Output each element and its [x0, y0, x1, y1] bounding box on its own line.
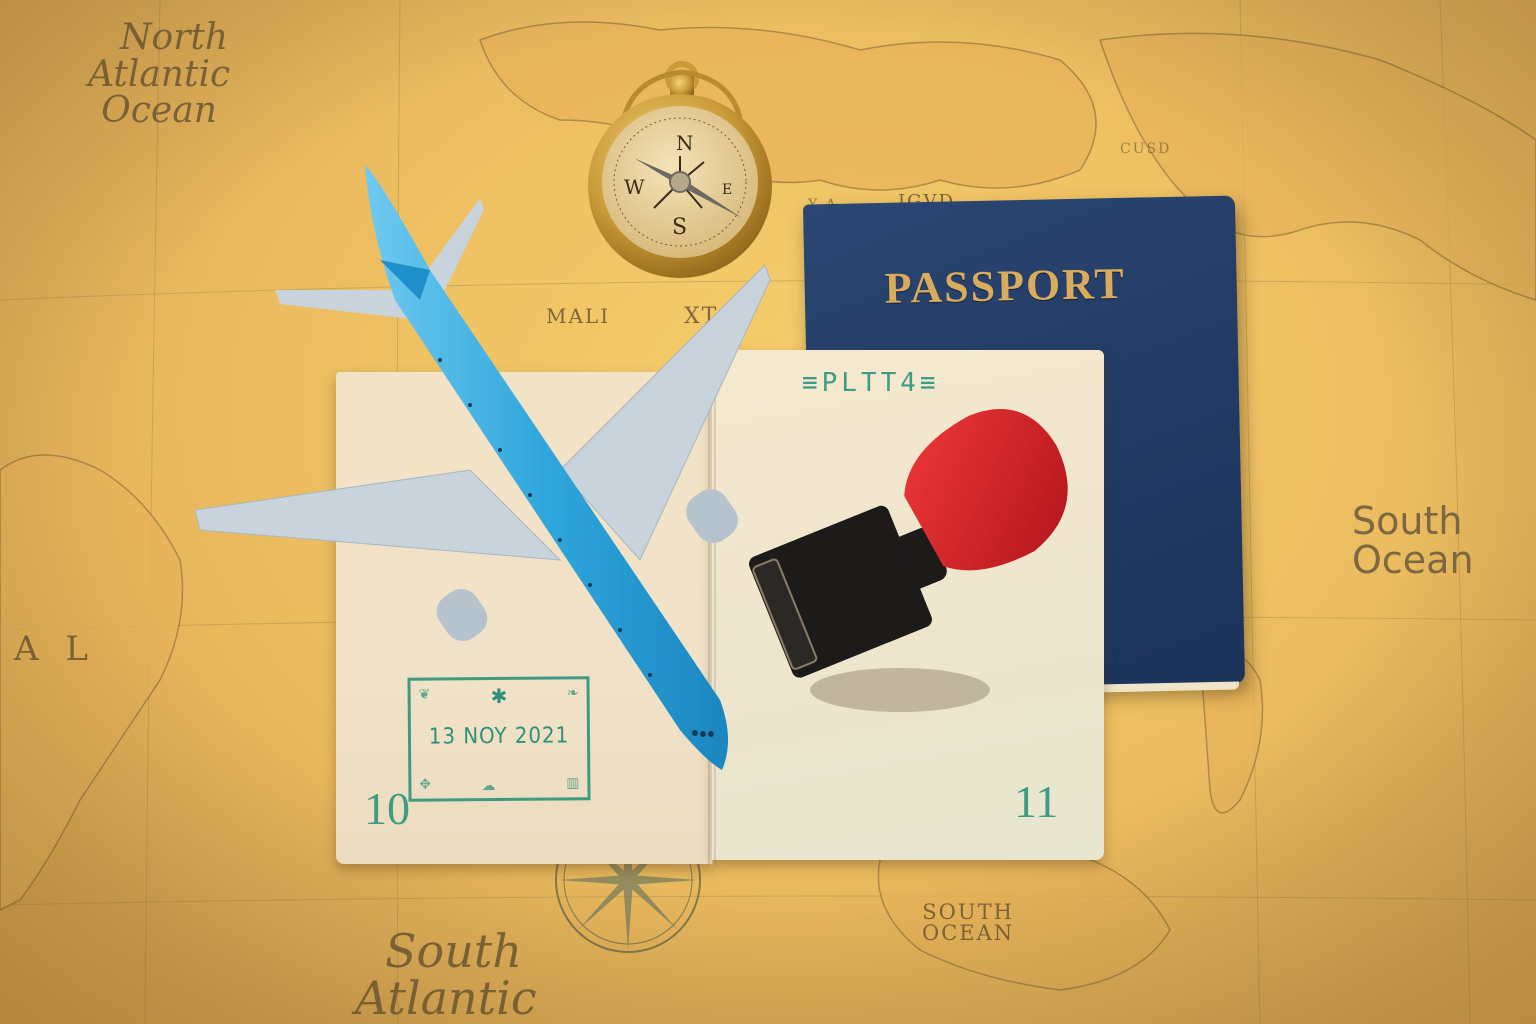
- map-label-south-atlantic: South Atlantic: [355, 928, 537, 1022]
- passport-page-right: ≡PLTT4≡ 11: [712, 350, 1104, 860]
- map-label-al: A L: [14, 632, 96, 667]
- map-label-line: South: [355, 928, 537, 975]
- map-label-line: North: [88, 20, 230, 57]
- stamp-ornament-icon: ❦: [419, 687, 431, 703]
- map-label-cusd: CUSD: [1120, 142, 1171, 156]
- passport-mrz-line: ≡PLTT4≡: [802, 368, 940, 398]
- travel-flatlay-scene: North Atlantic Ocean South Ocean South A…: [0, 0, 1536, 1024]
- stamp-ornament-icon: ▥: [566, 775, 579, 791]
- svg-text:N: N: [676, 131, 694, 155]
- map-label-north-atlantic: North Atlantic Ocean: [88, 20, 230, 130]
- stamp-date: 13 NOY 2021: [411, 723, 587, 750]
- map-label-south-ocean: South Ocean: [1352, 502, 1474, 580]
- map-label-line: Atlantic: [88, 57, 230, 94]
- map-label-xt: XT: [684, 306, 718, 328]
- page-number-left: 10: [364, 782, 410, 835]
- stamp-star-icon: ✱: [491, 684, 508, 708]
- entry-stamp: ✱ ❦ ❧ ✥ ☁ ▥ 13 NOY 2021: [407, 676, 590, 802]
- passport-title: PASSPORT: [884, 258, 1126, 314]
- map-label-south-ocean-caps: SOUTH OCEAN: [922, 902, 1014, 945]
- passport-page-left: ✱ ❦ ❧ ✥ ☁ ▥ 13 NOY 2021 10: [336, 372, 712, 864]
- map-label-line: OCEAN: [922, 923, 1014, 944]
- svg-text:S: S: [672, 215, 687, 240]
- map-label-line: Ocean: [88, 93, 230, 130]
- page-number-right: 11: [1014, 775, 1058, 828]
- map-label-line: SOUTH: [922, 902, 1014, 923]
- compass-icon: N E S W: [584, 58, 776, 280]
- passport-spine: [708, 360, 716, 865]
- stamp-ornament-icon: ☁: [481, 778, 495, 794]
- svg-text:W: W: [624, 175, 645, 199]
- open-passport: ✱ ❦ ❧ ✥ ☁ ▥ 13 NOY 2021 10 ≡PLTT4≡ 11: [328, 350, 1116, 875]
- map-label-line: Atlantic: [355, 975, 537, 1022]
- stamp-ornament-icon: ❧: [567, 685, 579, 701]
- svg-text:E: E: [722, 182, 732, 198]
- map-label-mali: MALI: [546, 306, 610, 326]
- stamp-ornament-icon: ✥: [419, 777, 431, 793]
- map-label-line: South: [1352, 502, 1474, 541]
- map-label-line: Ocean: [1352, 541, 1474, 580]
